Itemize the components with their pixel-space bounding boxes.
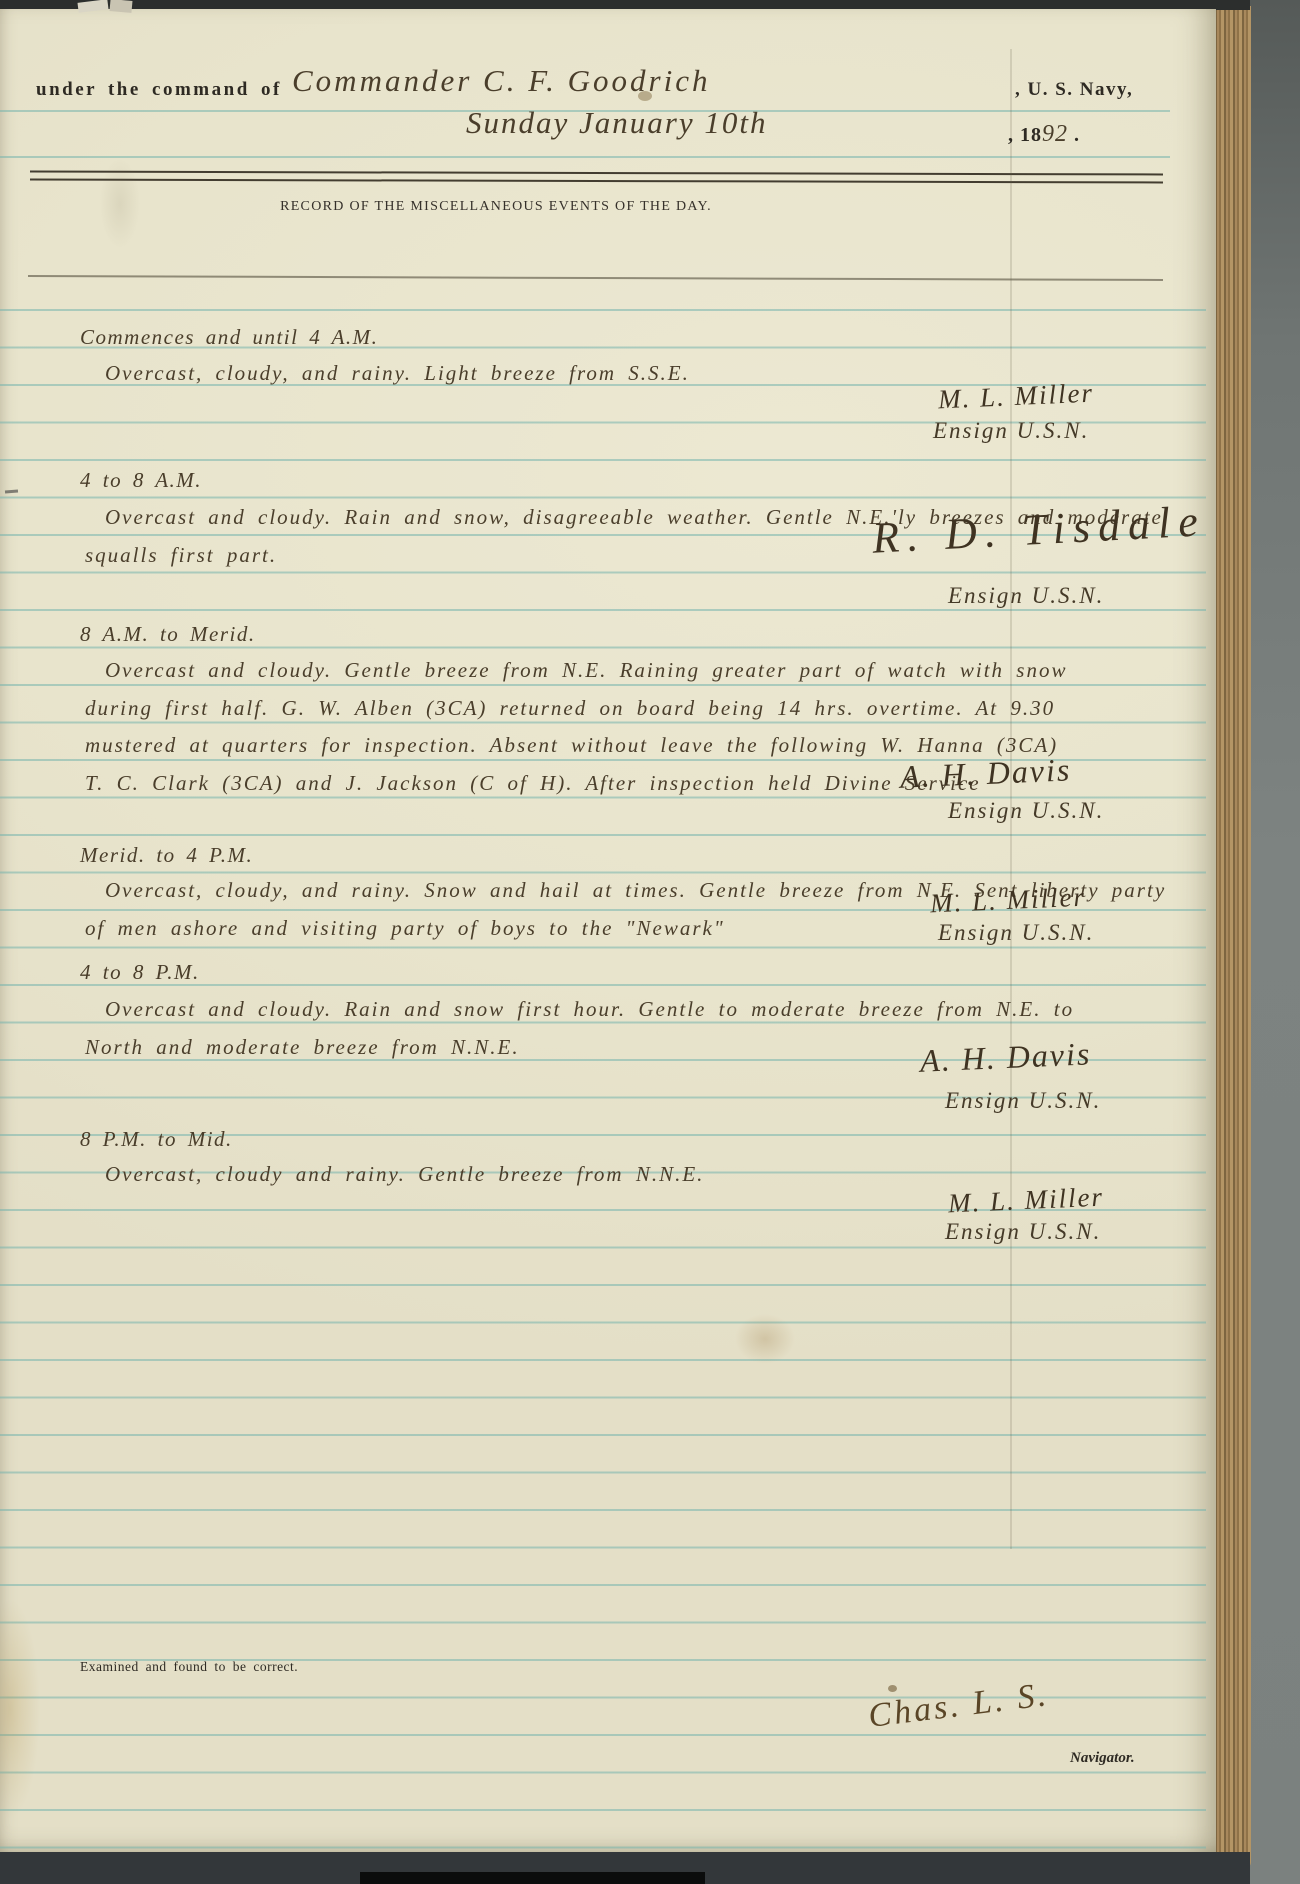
- watch-heading: 8 A.M. to Merid.: [80, 616, 256, 654]
- book-page-edges: [1214, 6, 1251, 1868]
- double-rule: [30, 171, 1163, 184]
- officer-rank: Ensign U.S.N.: [938, 920, 1094, 946]
- watch-body: Overcast, cloudy, and rainy. Light breez…: [85, 355, 690, 393]
- watch-body-line: during first half. G. W. Alben (3CA) ret…: [85, 690, 1067, 728]
- section-title: RECORD OF THE MISCELLANEOUS EVENTS OF TH…: [0, 199, 992, 215]
- watch-body-line: Overcast, cloudy and rainy. Gentle breez…: [85, 1156, 704, 1194]
- paper-scrap: [110, 0, 133, 13]
- backdrop: [1248, 0, 1300, 1884]
- year-digits-handwritten: 92: [1042, 121, 1068, 147]
- logbook-scan: under the command of Commander C. F. Goo…: [0, 0, 1300, 1884]
- year-printed-suffix: .: [1068, 124, 1080, 146]
- log-date-handwritten: Sunday January 10th: [466, 105, 767, 141]
- officer-rank: Ensign U.S.N.: [948, 583, 1104, 609]
- officer-rank: Ensign U.S.N.: [948, 798, 1104, 824]
- watch-body: Overcast, cloudy and rainy. Gentle breez…: [85, 1156, 704, 1194]
- officer-signature: A. H. Davis: [899, 751, 1072, 795]
- year-label: , 1892 .: [1008, 121, 1080, 148]
- officer-signature: A. H. Davis: [919, 1035, 1092, 1079]
- stain: [638, 91, 652, 101]
- backdrop-bottom-black: [360, 1872, 705, 1884]
- title-rule: [28, 275, 1163, 281]
- stain: [100, 159, 140, 249]
- ruled-line-header: [0, 156, 1170, 158]
- command-prefix-text: under the command of: [36, 79, 282, 101]
- officer-rank: Ensign U.S.N.: [945, 1088, 1101, 1114]
- stain: [735, 1314, 795, 1364]
- navigator-label: Navigator.: [1070, 1750, 1135, 1767]
- logbook-page: under the command of Commander C. F. Goo…: [0, 9, 1216, 1854]
- watch-heading: 4 to 8 P.M.: [80, 954, 200, 992]
- watch-body-line: Overcast and cloudy. Rain and snow first…: [85, 991, 1074, 1029]
- watch-heading: 8 P.M. to Mid.: [80, 1121, 233, 1159]
- watch-heading: Merid. to 4 P.M.: [80, 837, 253, 875]
- year-printed-prefix: , 18: [1008, 124, 1042, 146]
- watch-heading: 4 to 8 A.M.: [80, 462, 202, 500]
- officer-rank: Ensign U.S.N.: [945, 1219, 1101, 1245]
- examined-statement: Examined and found to be correct.: [80, 1659, 298, 1675]
- watch-heading: Commences and until 4 A.M.: [80, 319, 378, 357]
- navy-label: , U. S. Navy,: [1015, 79, 1133, 101]
- watch-body-line: Overcast and cloudy. Gentle breeze from …: [85, 652, 1067, 690]
- officer-rank: Ensign U.S.N.: [933, 418, 1089, 444]
- watch-body-line: Overcast, cloudy, and rainy. Light breez…: [85, 355, 690, 393]
- stain: [888, 1685, 897, 1692]
